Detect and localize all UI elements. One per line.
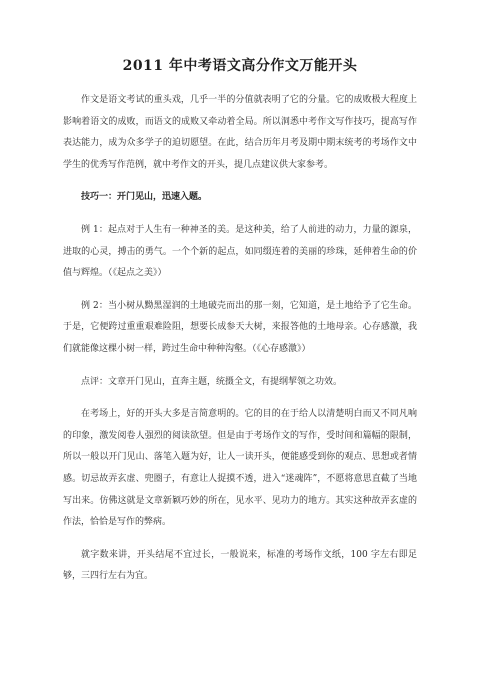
paragraph-intro: 作文是语文考试的重头戏，几乎一半的分值就表明了它的分量。它的成败极大程度上影响着…	[63, 90, 417, 176]
paragraph-comment: 点评：文章开门见山，直奔主题，统摄全文，有提纲挈领之功效。	[63, 372, 417, 394]
paragraph-example-1: 例 1：起点对于人生有一种神圣的美。是这种美，给了人前进的动力，力量的源泉，进取…	[63, 220, 417, 285]
paragraph-example-2: 例 2：当小树从黝黑湿润的土地破壳而出的那一刻，它知道，是土地给予了它生命。于是…	[63, 296, 417, 361]
paragraph-exam-advice: 在考场上，好的开头大多是言简意明的。它的目的在于给人以清楚明白而又不同凡响的印象…	[63, 404, 417, 534]
paragraph-technique-heading: 技巧一：开门见山，迅速入题。	[63, 187, 417, 209]
document-page: 2011 年中考语文高分作文万能开头 作文是语文考试的重头戏，几乎一半的分值就表…	[0, 0, 479, 678]
paragraph-word-count: 就字数来讲，开头结尾不宜过长，一般说来，标准的考场作文纸，100 字左右即足够，…	[63, 545, 417, 588]
document-title: 2011 年中考语文高分作文万能开头	[63, 56, 417, 76]
